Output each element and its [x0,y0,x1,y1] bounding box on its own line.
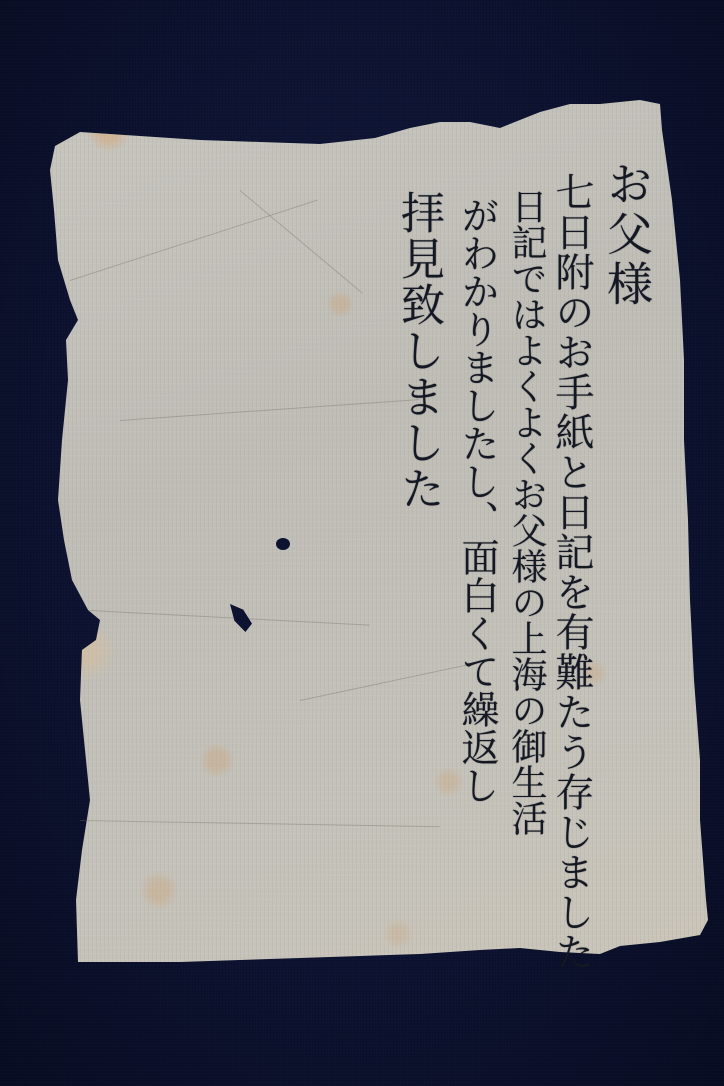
letter-column-salutation: お父様 [604,160,650,310]
letter-column-3: 日記ではよくよくお父様の上海の御生活 [508,188,544,836]
letter-column-4: がわかりましたし、面白くて繰返し [458,196,496,804]
letter-text: お父様 七日附のお手紙と日記を有難たう存じました 日記ではよくよくお父様の上海の… [0,0,724,1086]
letter-column-2: 七日附のお手紙と日記を有難たう存じました [552,172,591,972]
letter-column-5: 拝見致しました [396,190,440,512]
